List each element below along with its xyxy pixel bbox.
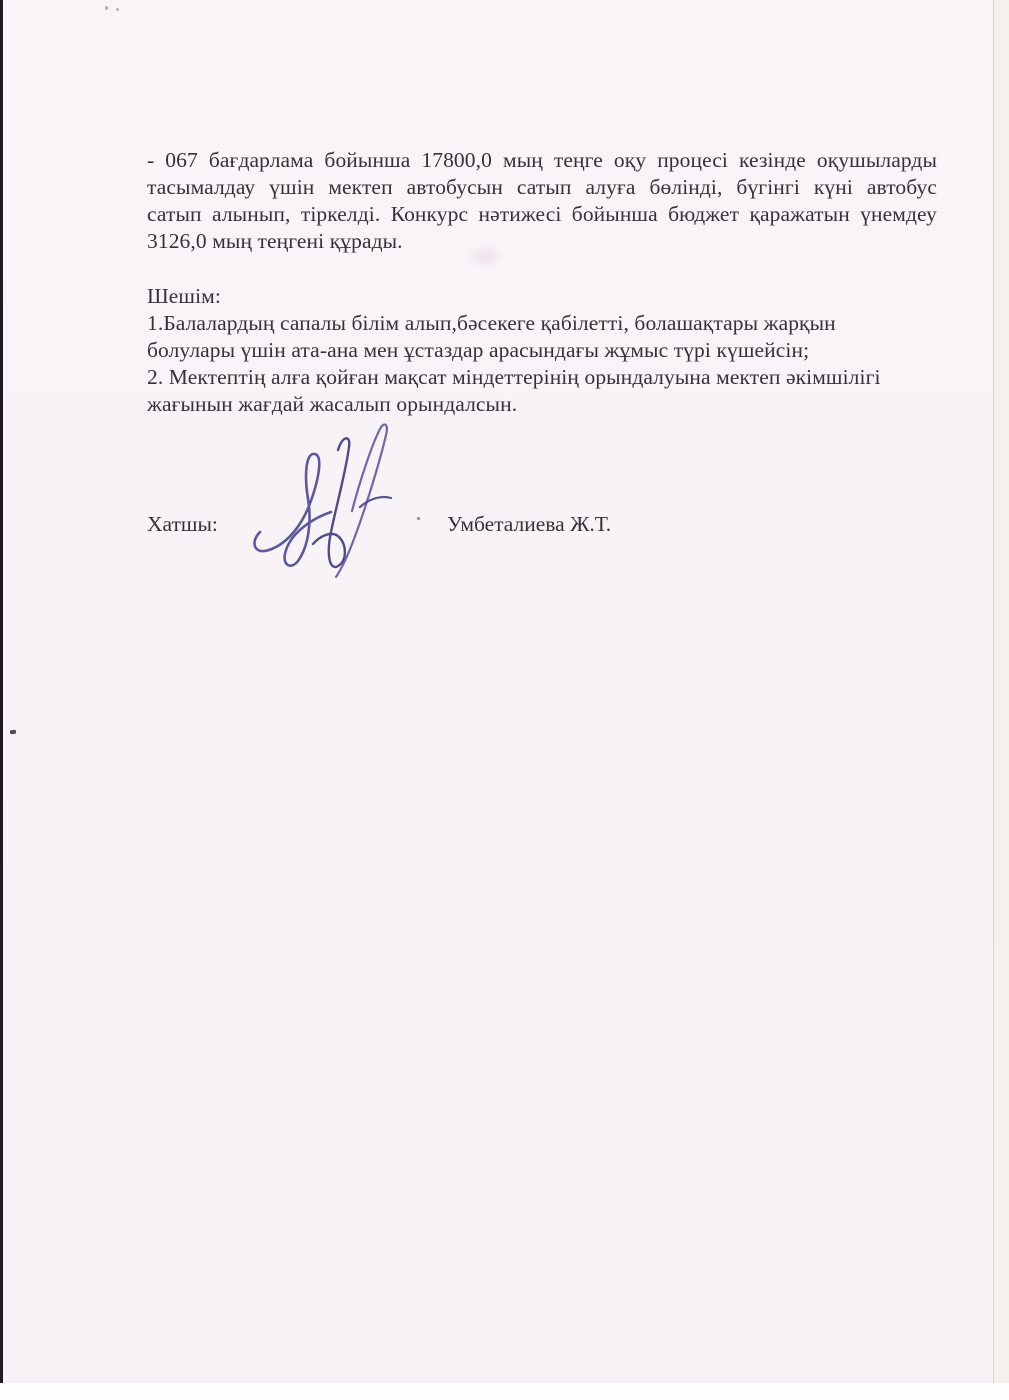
- signature-row: Хатшы: Умбеталиева Ж.Т.: [147, 511, 937, 541]
- scanner-edge-left: [0, 0, 3, 1383]
- budget-paragraph-line: - 067 бағдарлама бойынша 17800,0 мың тең…: [147, 147, 937, 174]
- decision-item-line: 2. Мектептің алға қойған мақсат міндетте…: [147, 364, 937, 391]
- decision-heading: Шешім:: [147, 283, 937, 310]
- decision-item-line: 1.Балалардың сапалы білім алып,бәсекеге …: [147, 310, 937, 337]
- scanned-document-page: - 067 бағдарлама бойынша 17800,0 мың тең…: [0, 0, 1009, 1400]
- decision-item-line: болулары үшін ата-ана мен ұстаздар арасы…: [147, 337, 937, 364]
- scanner-edge-bottom: [0, 1383, 1009, 1400]
- budget-paragraph: - 067 бағдарлама бойынша 17800,0 мың тең…: [147, 147, 937, 255]
- budget-paragraph-line: 3126,0 мың теңгені құрады.: [147, 228, 937, 255]
- decision-section: Шешім: 1.Балалардың сапалы білім алып,бә…: [147, 283, 937, 418]
- scan-speck: [105, 6, 108, 10]
- handwritten-signature: [242, 414, 400, 584]
- scan-speck: [10, 730, 16, 735]
- signer-name: Умбеталиева Ж.Т.: [447, 511, 611, 538]
- scanner-edge-right: [993, 0, 1009, 1383]
- secretary-label: Хатшы:: [147, 511, 218, 538]
- budget-paragraph-line: тасымалдау үшін мектеп автобусын сатып а…: [147, 174, 937, 201]
- budget-paragraph-line: сатып алынып, тіркелді. Конкурс нәтижесі…: [147, 201, 937, 228]
- scan-speck: [116, 8, 119, 11]
